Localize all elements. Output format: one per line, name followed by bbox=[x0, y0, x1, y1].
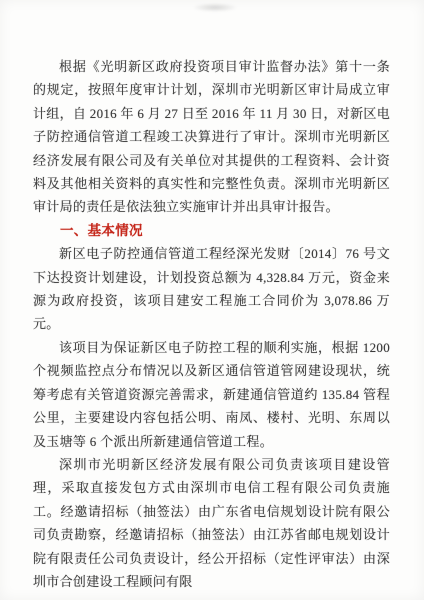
paragraph-contractors: 深圳市光明新区经济发展有限公司负责该项目建设管理，采取直接发包方式由深圳市电信工… bbox=[33, 453, 390, 593]
document-body: 根据《光明新区政府投资项目审计监督办法》第十一条的规定，按照年度审计计划，深圳市… bbox=[33, 55, 390, 593]
scan-artifact bbox=[192, 3, 238, 12]
paragraph-construction-scope: 该项目为保证新区电子防控工程的顺利实施，根据 1200 个视频监控点分布情况以及… bbox=[33, 336, 390, 453]
scanned-document-page: 根据《光明新区政府投资项目审计监督办法》第十一条的规定，按照年度审计计划，深圳市… bbox=[0, 0, 424, 600]
page-number: 1 bbox=[368, 550, 373, 560]
paragraph-investment-plan: 新区电子防控通信管道工程经深光发财〔2014〕76 号文下达投资计划建设，计划投… bbox=[33, 242, 390, 336]
paragraph-audit-basis: 根据《光明新区政府投资项目审计监督办法》第十一条的规定，按照年度审计计划，深圳市… bbox=[33, 55, 390, 219]
section-heading-basic-situation: 一、基本情况 bbox=[33, 219, 390, 242]
